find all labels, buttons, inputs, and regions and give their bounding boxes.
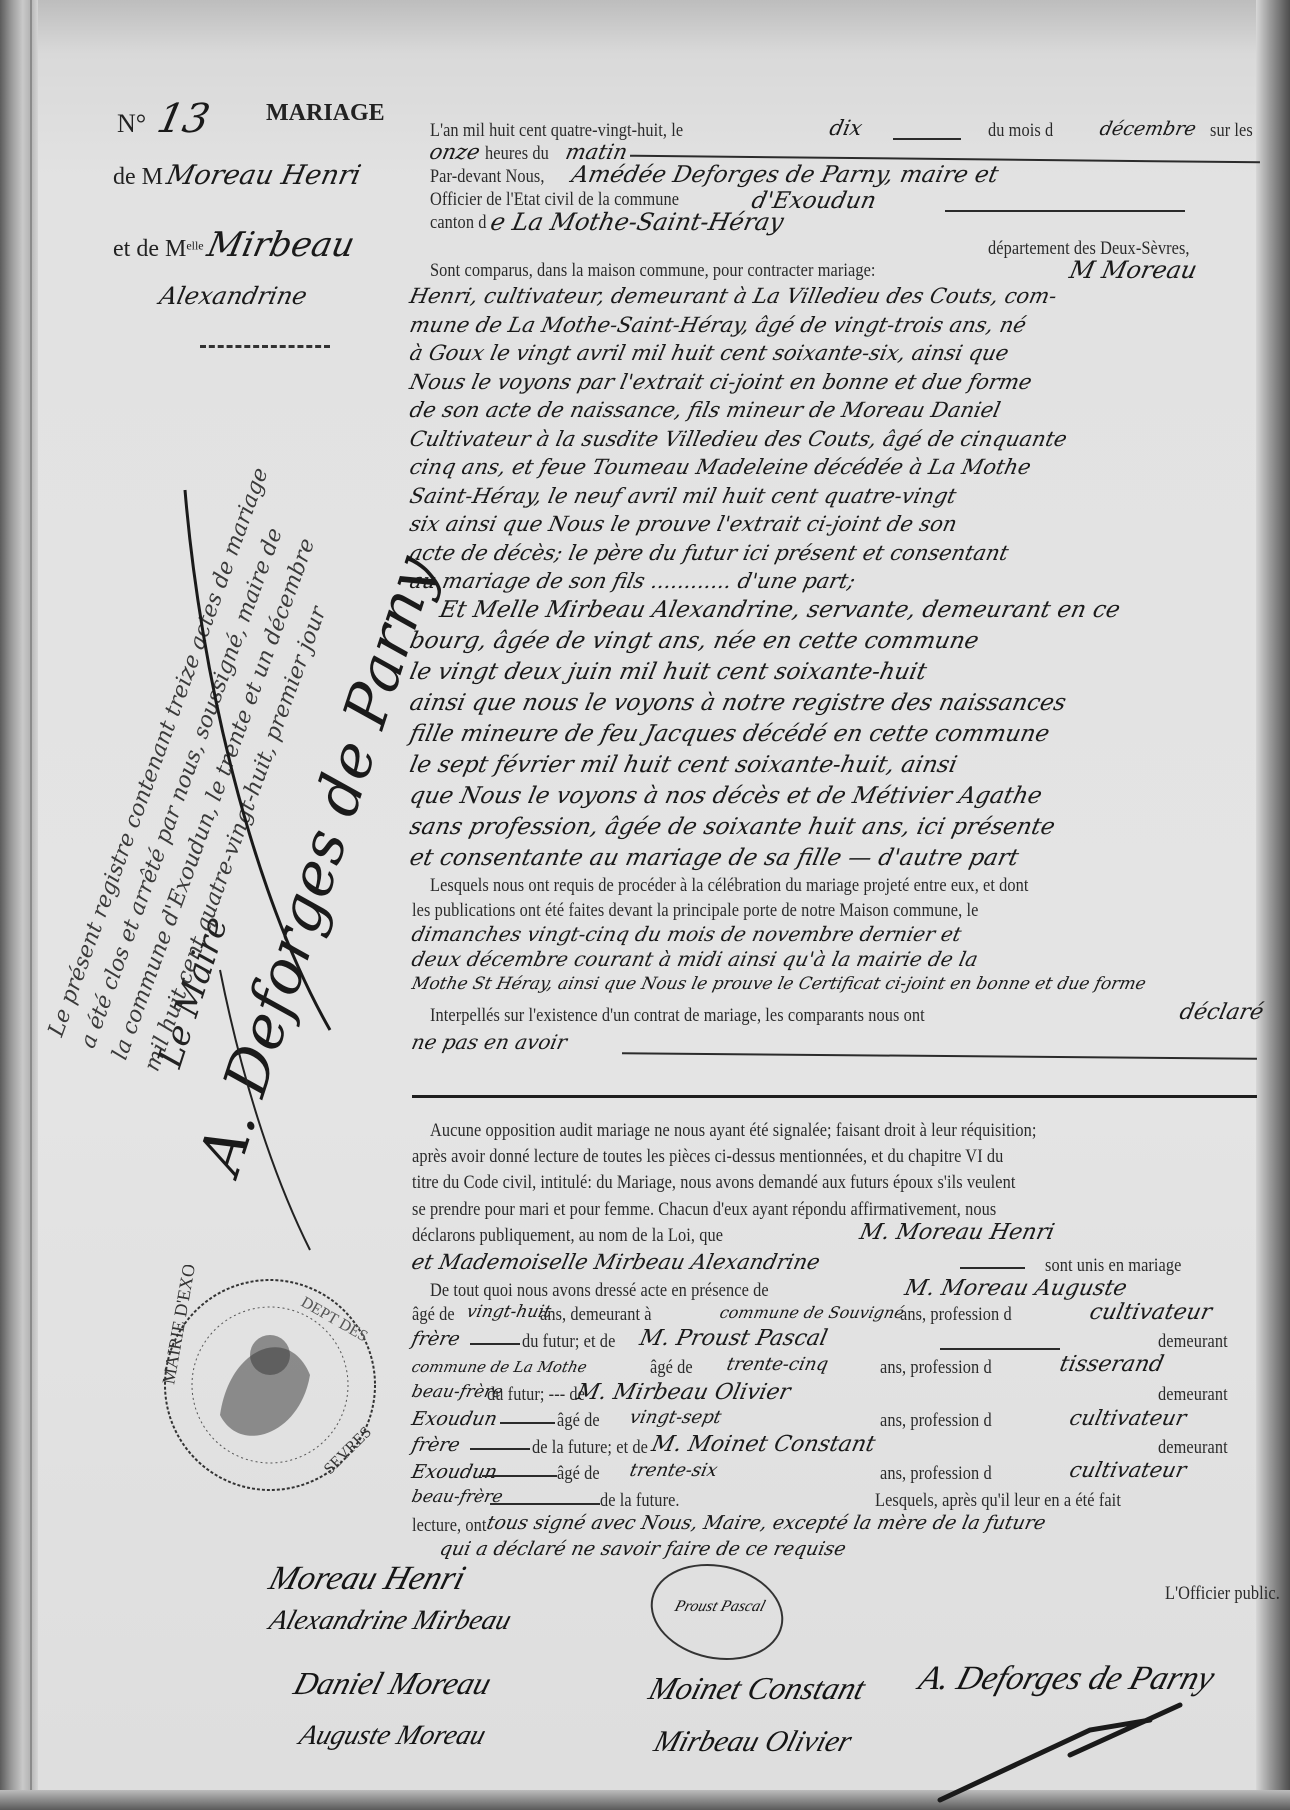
closing-hand-1: tous signé avec Nous, Maire, excepté la …: [485, 1512, 1048, 1534]
sur-les-label: sur les: [1210, 120, 1253, 142]
label-demeurant: demeurant: [1158, 1384, 1228, 1406]
witness-4-age: trente-six: [628, 1460, 720, 1481]
witness-3-relation: frère: [410, 1434, 462, 1456]
canton-value: e La Mothe-Saint-Héray: [488, 208, 786, 236]
bride-line: Et Melle Mirbeau Alexandrine, servante, …: [407, 595, 1123, 626]
bride-heading: et de Melle Mirbeau: [113, 225, 354, 265]
blank-rule: [945, 210, 1185, 212]
bride-line: que Nous le voyons à nos décès et de Mét…: [407, 781, 1123, 812]
union-text: Aucune opposition audit mariage ne nous …: [430, 1118, 1135, 1144]
officer-public-label: L'Officier public.: [1165, 1583, 1280, 1605]
witness-2-profession: tisserand: [1057, 1352, 1166, 1377]
label-profession: ans, profession d: [880, 1463, 992, 1485]
signature-bride: Alexandrine Mirbeau: [265, 1605, 514, 1637]
bride-line: et consentante au mariage de sa fille — …: [407, 843, 1123, 874]
label-demeurant: demeurant: [1158, 1437, 1228, 1459]
publications-hand: dimanches vingt-cinq du mois de novembre…: [412, 922, 1146, 997]
witness-2-of: du futur; --- de: [487, 1384, 585, 1406]
union-line: titre du Code civil, intitulé: du Mariag…: [412, 1170, 1016, 1196]
bride-line: bourg, âgée de vingt ans, née en cette c…: [407, 626, 1123, 657]
label-profession: ans, profession d: [880, 1357, 992, 1379]
bride-line: sans profession, âgée de soixante huit a…: [407, 812, 1123, 843]
witness-3-residence: Exoudun: [410, 1408, 500, 1430]
blank-rule: [490, 1503, 600, 1505]
signature-auguste: Auguste Moreau: [295, 1720, 489, 1752]
signature-groom: Moreau Henri: [265, 1560, 470, 1598]
witness-1-profession: cultivateur: [1087, 1300, 1214, 1325]
groom-paragraph: Henri, cultivateur, demeurant à La Ville…: [410, 282, 1067, 596]
groom-title-name: M Moreau: [1067, 256, 1200, 284]
witness-4-name: M. Moinet Constant: [649, 1432, 877, 1457]
bride-line: ainsi que nous le voyons à notre registr…: [407, 688, 1123, 719]
witness-2-age: trente-cinq: [725, 1354, 830, 1375]
union-line: Aucune opposition audit mariage ne nous …: [430, 1118, 1037, 1144]
groom-line: six ainsi que Nous le prouve l'extrait c…: [407, 510, 1070, 539]
union-groom: M. Moreau Henri: [857, 1220, 1056, 1245]
signature-moinet: Moinet Constant: [645, 1670, 870, 1707]
blank-rule: [960, 1267, 1025, 1269]
par-devant-label: Par-devant Nous,: [430, 166, 545, 188]
binding-line: [30, 0, 32, 1810]
witness-1-residence: commune de Souvigné: [718, 1303, 906, 1322]
label-profession: ans, profession d: [880, 1410, 992, 1432]
groom-heading: de M Moreau Henri: [113, 160, 360, 191]
label-age: âgé de: [557, 1410, 600, 1432]
svg-text:SEVRES: SEVRES: [321, 1424, 375, 1478]
day-value: dix: [827, 116, 864, 140]
svg-text:MAIRIE D'EXOUDUN: MAIRIE D'EXOUDUN: [158, 1265, 208, 1386]
groom-line: Nous le voyons par l'extrait ci-joint en…: [407, 368, 1070, 397]
witness-3-name: M. Mirbeau Olivier: [574, 1380, 792, 1405]
publications-line-2: les publications ont été faites devant l…: [412, 900, 978, 922]
hour-value: onze: [427, 140, 482, 164]
act-title: MARIAGE: [266, 100, 385, 127]
margin-signature-flourish: [160, 470, 360, 1270]
publications-line-1: Lesquels nous ont requis de procéder à l…: [430, 875, 1029, 897]
hours-label: heures du: [485, 143, 549, 165]
union-line: après avoir donné lecture de toutes les …: [412, 1144, 1016, 1170]
svg-text:DEPT DES: DEPT DES: [298, 1294, 371, 1346]
signature-mayor: A. Deforges de Parny: [915, 1660, 1219, 1698]
contract-answer-2: ne pas en avoir: [409, 1030, 569, 1054]
contract-question: Interpellés sur l'existence d'un contrat…: [430, 1005, 925, 1027]
canton-label: canton d: [430, 212, 487, 234]
witness-3-age: vingt-sept: [628, 1407, 723, 1428]
bride-paragraph: Et Melle Mirbeau Alexandrine, servante, …: [410, 595, 1120, 874]
closing-label-2: lecture, ont: [412, 1515, 487, 1537]
union-line: se prendre pour mari et pour femme. Chac…: [412, 1197, 1016, 1223]
witness-1-relation: frère: [410, 1328, 462, 1350]
label-age: âgé de: [557, 1463, 600, 1485]
blank-rule: [470, 1343, 520, 1345]
mayor-flourish: [930, 1700, 1190, 1810]
witness-4-profession: cultivateur: [1067, 1458, 1188, 1482]
label-residing: ans, demeurant à: [540, 1304, 652, 1326]
time-of-day-value: matin: [563, 140, 629, 164]
blank-rule: [482, 1475, 557, 1477]
groom-line: Henri, cultivateur, demeurant à La Ville…: [407, 282, 1070, 311]
signature-proust: Proust Pascal: [672, 1598, 767, 1616]
label-profession: ans, profession d: [900, 1304, 1012, 1326]
witness-2-name: M. Proust Pascal: [637, 1326, 829, 1351]
number-label: N°: [117, 109, 146, 138]
groom-heading-name: Moreau Henri: [164, 160, 364, 191]
signature-daniel: Daniel Moreau: [290, 1665, 496, 1702]
number-value: 13: [153, 96, 214, 142]
section-divider: [412, 1095, 1257, 1098]
blank-rule: [893, 138, 961, 140]
groom-line: Cultivateur à la susdite Villedieu des C…: [407, 425, 1070, 454]
blank-rule: [500, 1422, 555, 1424]
heading-separator: [200, 345, 330, 348]
label-demeurant: demeurant: [1158, 1331, 1228, 1353]
bride-heading-firstname: Alexandrine: [157, 282, 310, 310]
groom-line: mune de La Mothe-Saint-Héray, âgé de vin…: [407, 311, 1070, 340]
closing-hand-2: qui a déclaré ne savoir faire de ce requ…: [438, 1538, 848, 1560]
union-bride: et Mademoiselle Mirbeau Alexandrine: [409, 1250, 822, 1274]
bride-line: le sept février mil huit cent soixante-h…: [407, 750, 1123, 781]
publications-hand-line: deux décembre courant à midi ainsi qu'à …: [409, 947, 1148, 972]
bride-heading-surname: Mirbeau: [203, 225, 358, 265]
witness-4-residence: Exoudun: [410, 1461, 500, 1483]
groom-line: au mariage de son fils ............ d'un…: [407, 567, 1070, 596]
publications-hand-line: Mothe St Héray, ainsi que Nous le prouve…: [409, 972, 1148, 997]
blank-rule: [940, 1348, 1060, 1350]
witness-2-residence: commune de La Mothe: [410, 1358, 589, 1376]
witness-3-of: de la future; et de: [532, 1437, 648, 1459]
groom-line: cinq ans, et feue Toumeau Madeleine décé…: [407, 453, 1070, 482]
witness-3-profession: cultivateur: [1067, 1406, 1188, 1430]
mairie-seal-icon: MAIRIE D'EXOUDUN DEPT DES SEVRES: [150, 1265, 390, 1505]
page-right-edge: [1256, 0, 1290, 1810]
witness-1-name: M. Moreau Auguste: [902, 1276, 1129, 1301]
label-age: âgé de: [650, 1357, 693, 1379]
closing-label-1: Lesquels, après qu'il leur en a été fait: [875, 1490, 1121, 1512]
act-number: N° 13: [117, 96, 209, 142]
groom-line: de son acte de naissance, fils mineur de…: [407, 396, 1070, 425]
groom-line: acte de décès; le père du futur ici prés…: [407, 539, 1070, 568]
bride-line: fille mineure de feu Jacques décédé en c…: [407, 719, 1123, 750]
contract-answer: déclaré: [1177, 1000, 1265, 1025]
witness-1-details: âgé de: [412, 1304, 462, 1326]
mayor-name: Amédée Deforges de Parny, maire et: [569, 162, 1000, 188]
publications-hand-line: dimanches vingt-cinq du mois de novembre…: [409, 922, 1148, 947]
comparus-label: Sont comparus, dans la maison commune, p…: [430, 260, 876, 282]
witness-4-of: de la future.: [600, 1490, 680, 1512]
line-date: L'an mil huit cent quatre-vingt-huit, le: [430, 120, 724, 142]
signature-mirbeau-olivier: Mirbeau Olivier: [650, 1725, 856, 1759]
month-value: décembre: [1098, 118, 1198, 140]
book-binding: [0, 0, 38, 1810]
witnesses-intro: De tout quoi nous avons dressé acte en p…: [430, 1280, 769, 1302]
witness-1-of: du futur; et de: [522, 1331, 615, 1353]
bride-line: le vingt deux juin mil huit cent soixant…: [407, 657, 1123, 688]
union-end: sont unis en mariage: [1045, 1255, 1181, 1277]
groom-line: à Goux le vingt avril mil huit cent soix…: [407, 339, 1070, 368]
groom-line: Saint-Héray, le neuf avril mil huit cent…: [407, 482, 1070, 511]
month-label: du mois d: [988, 120, 1053, 142]
blank-rule: [470, 1448, 530, 1450]
